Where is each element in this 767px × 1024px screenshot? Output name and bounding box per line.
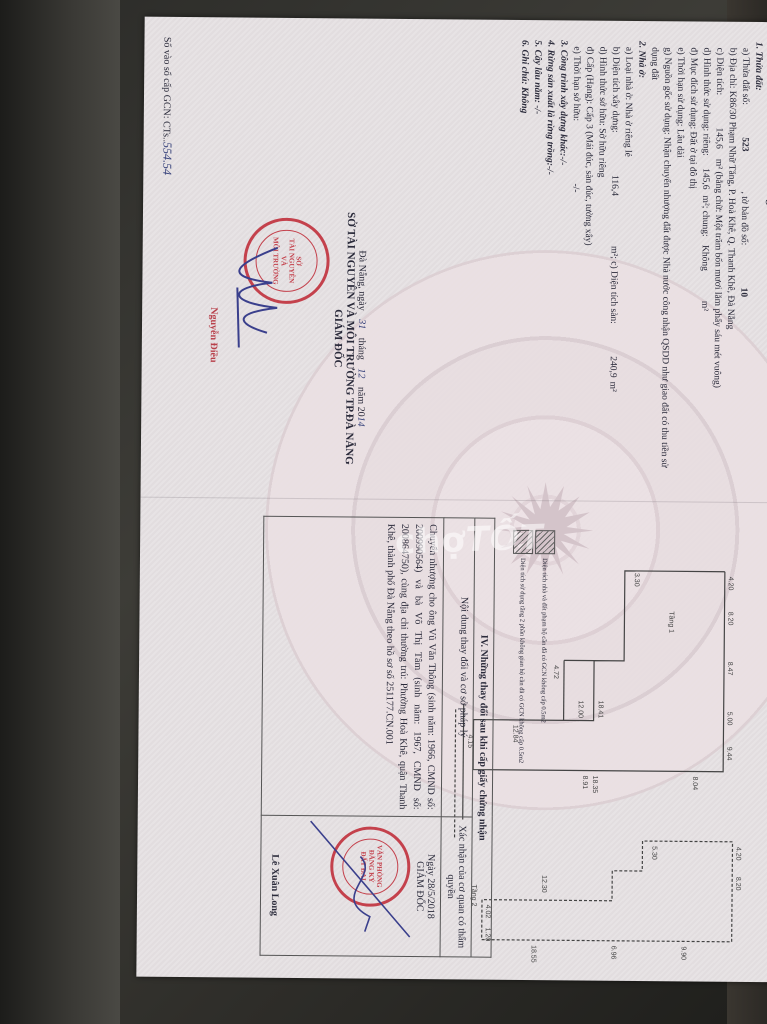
svg-text:9.90: 9.90 bbox=[679, 946, 686, 960]
house-list: a) Loại nhà ở: Nhà ở riêng lẻ b) Diện tí… bbox=[565, 40, 634, 501]
svg-text:4.20: 4.20 bbox=[734, 847, 741, 861]
changes-table: IV. Những thay đổi sau khi cấp giấy chứn… bbox=[260, 516, 496, 958]
gcn-register-number: Số vào sổ cấp GCN: CTs..554.54 bbox=[159, 37, 175, 175]
svg-text:18.41: 18.41 bbox=[597, 701, 604, 719]
svg-text:12.00: 12.00 bbox=[577, 700, 584, 718]
confirm-date: Ngày 28/5/2018 bbox=[425, 823, 437, 951]
col-header-content: Nội dung thay đổi và cơ sở pháp lý bbox=[441, 518, 475, 817]
table-row: Chuyển nhượng cho ông Vũ Văn Thông (sinh… bbox=[260, 516, 444, 957]
svg-text:8.47: 8.47 bbox=[726, 662, 733, 676]
section-iv-title: IV. Những thay đổi sau khi cấp giấy chứn… bbox=[471, 518, 495, 957]
svg-text:8.20: 8.20 bbox=[734, 877, 741, 891]
svg-text:8.91: 8.91 bbox=[581, 775, 588, 789]
issuer-name: Nguyễn Điều bbox=[208, 307, 219, 362]
chotot-watermark-logo: chợTỐT bbox=[394, 517, 544, 562]
svg-text:18.55: 18.55 bbox=[529, 945, 536, 963]
svg-text:3.30: 3.30 bbox=[633, 573, 640, 587]
svg-text:9.44: 9.44 bbox=[725, 747, 732, 761]
svg-text:18.35: 18.35 bbox=[591, 776, 598, 794]
issuer-signature-block: Đà Nẵng, ngày 31 tháng 12 năm 2014 SỞ TÀ… bbox=[331, 188, 369, 488]
legend-item-house-area: Diện tích nhà và đất phạm hộ cần đã có G… bbox=[534, 530, 556, 723]
svg-text:12.30: 12.30 bbox=[540, 875, 547, 893]
parcel-diagram: Tầng 1 Tầng 2 Kiệt ra đường Phạm Nhữ Tăn… bbox=[451, 509, 765, 972]
gcn-number: 554.54 bbox=[160, 142, 174, 175]
change-confirmation: Ngày 28/5/2018 GIÁM ĐỐC VĂN PHÒNG ĐĂNG K… bbox=[260, 815, 441, 957]
svg-text:6.96: 6.96 bbox=[609, 946, 616, 960]
land-list: a) Thửa đất số: 523, tờ bản đồ số: 10 b)… bbox=[643, 41, 751, 502]
confirm-name: Lê Xuân Long bbox=[269, 815, 281, 955]
legend-item-floor2-area: Diện tích sử dụng tầng 2 phần không gian… bbox=[511, 530, 533, 763]
land-certificate-sheet: Số vào sổ cấp GCN: CTs..554.54 II. Thửa … bbox=[136, 17, 767, 983]
svg-text:4.20: 4.20 bbox=[727, 577, 734, 591]
col-header-confirm: Xác nhận của cơ quan có thẩm quyền bbox=[440, 816, 472, 957]
background-table-surface bbox=[0, 0, 120, 1024]
svg-text:8.20: 8.20 bbox=[726, 612, 733, 626]
svg-text:5.00: 5.00 bbox=[726, 712, 733, 726]
confirm-signature-icon bbox=[300, 816, 421, 957]
svg-text:Tầng 1: Tầng 1 bbox=[667, 611, 676, 633]
section-ii: II. Thửa đất, nhà ở và tài sản khác gắn … bbox=[513, 40, 767, 502]
other-list: 3. Công trình xây dựng khác:-/- 4. Rừng … bbox=[513, 40, 569, 500]
svg-text:8.04: 8.04 bbox=[691, 776, 698, 790]
svg-text:5.30: 5.30 bbox=[650, 846, 657, 860]
land-item-origin: g) Nguồn gốc sử dụng: Nhận chuyển nhượng… bbox=[644, 47, 674, 487]
gcn-label: Số vào sổ cấp GCN: CTs.. bbox=[161, 37, 173, 142]
issuer-signature-icon bbox=[217, 237, 298, 378]
right-page: III. Sơ đồ thửa đất, nhà ở và tài sản kh… bbox=[136, 497, 767, 983]
